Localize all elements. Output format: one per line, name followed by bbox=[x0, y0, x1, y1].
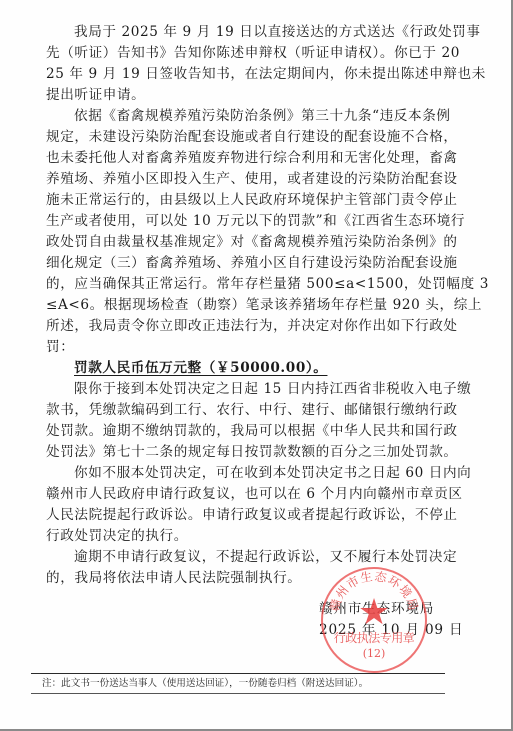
paragraph-6-line-1: 逾期不申请行政复议，不提起行政诉讼，又不履行本处罚决定 bbox=[74, 547, 486, 567]
paragraph-2-line-6: 生产或者使用，可以处 10 万元以下的罚款”和《江西省生态环境行 bbox=[46, 211, 486, 231]
paragraph-5-line-4: 行政处罚决定的执行。 bbox=[46, 526, 486, 546]
paragraph-2-line-3: 也未委托他人对畜禽养殖废弃物进行综合利用和无害化处理，畜禽 bbox=[46, 148, 486, 168]
paragraph-4-line-2: 款书，凭缴款编码到工行、农行、中行、建行、邮储银行缴纳行政 bbox=[46, 400, 486, 420]
paragraph-2-line-4: 养殖场、养殖小区即投入生产、使用，或者建设的污染防治配套设 bbox=[46, 169, 486, 189]
paragraph-5-line-1: 你如不服本处罚决定，可在收到本处罚决定书之日起 60 日内向 bbox=[74, 463, 486, 483]
paragraph-4-line-3: 处罚款。逾期不缴纳罚款的，我局可以根据《中华人民共和国行政 bbox=[46, 421, 486, 441]
paragraph-1-line-3: 25 年 9 月 19 日签收告知书，在法定期间内，你未提出陈述申辩也未 bbox=[46, 64, 486, 84]
paragraph-2-line-1: 依据《畜禽规模养殖污染防治条例》第三十九条“违反本条例 bbox=[74, 106, 486, 126]
footer-note: 注：此文书一份送达当事人（使用送达回证），一份随卷归档（附送达回证）。 bbox=[42, 677, 368, 691]
paragraph-4-line-1: 限你于接到本处罚决定之日起 15 日内持江西省非税收入电子缴 bbox=[74, 379, 486, 399]
penalty-amount: 罚款人民币伍万元整（￥50000.00）。 bbox=[74, 358, 486, 378]
paragraph-1-line-2: 先（听证）告知书》告知你陈述申辩权（听证申请权）。你已于 20 bbox=[46, 43, 486, 63]
paragraph-1-line-4: 提出听证申请。 bbox=[46, 85, 486, 105]
signature-date: 2025 年 10 月 09 日 bbox=[319, 620, 463, 640]
paragraph-2-line-10: ≤A<6。根据现场检查（勘察）笔录该养猪场年存栏量 920 头，综上 bbox=[46, 295, 486, 315]
paragraph-2-line-9: 的，应当确保其正常运行。常年存栏量猪 500≤a<1500，处罚幅度 3 bbox=[46, 274, 486, 294]
seal-number: (12) bbox=[323, 647, 425, 660]
paragraph-2-line-12: 罚： bbox=[46, 337, 486, 357]
paragraph-2-line-5: 施未正常运行的，由县级以上人民政府环境保护主管部门责令停止 bbox=[46, 190, 486, 210]
paragraph-1-line-1: 我局于 2025 年 9 月 19 日以直接送达的方式送达《行政处罚事 bbox=[74, 22, 486, 42]
document-page: 我局于 2025 年 9 月 19 日以直接送达的方式送达《行政处罚事 先（听证… bbox=[0, 0, 513, 731]
paragraph-5-line-2: 赣州市人民政府申请行政复议，也可以在 6 个月内向赣州市章贡区 bbox=[46, 484, 486, 504]
paragraph-2-line-8: 细化规定（三）畜禽养殖场、养殖小区自行建设污染防治配套设施 bbox=[46, 253, 486, 273]
signature-organization: 赣州市生态环境局 bbox=[319, 599, 434, 619]
paragraph-2-line-11: 所述，我局责令你立即改正违法行为，并决定对你作出如下行政处 bbox=[46, 316, 486, 336]
paragraph-5-line-3: 人民法院提起行政诉讼。申请行政复议或者提起行政诉讼，不停止 bbox=[46, 505, 486, 525]
paragraph-2-line-7: 政处罚自由裁量权基准规定》对《畜禽规模养殖污染防治条例》的 bbox=[46, 232, 486, 252]
footer-rule-bottom bbox=[31, 693, 445, 694]
paragraph-4-line-4: 处罚法》第七十二条的规定每日按罚款数额的百分之三加处罚款。 bbox=[46, 442, 486, 462]
paragraph-6-line-2: 的，我局将依法申请人民法院强制执行。 bbox=[46, 568, 486, 588]
paragraph-2-line-2: 规定，未建设污染防治配套设施或者自行建设的配套设施不合格， bbox=[46, 127, 486, 147]
footer-rule-top bbox=[31, 673, 445, 674]
